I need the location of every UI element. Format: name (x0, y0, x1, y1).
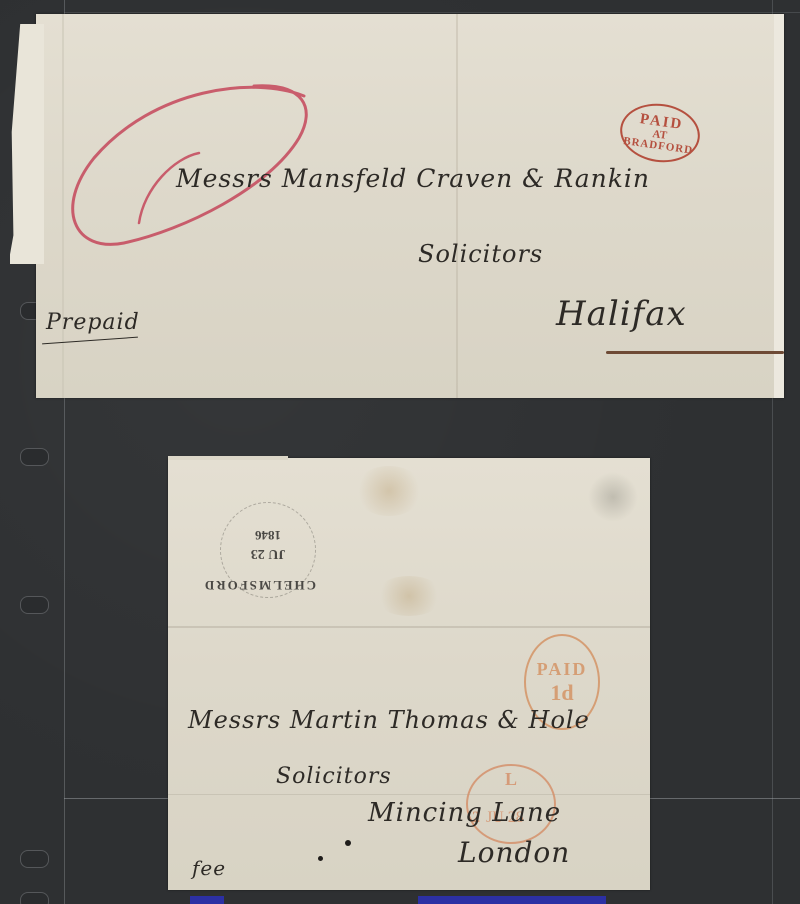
faint-postmark-back (588, 472, 638, 522)
fold-line (456, 14, 458, 398)
address-line-addressee: Messrs Mansfeld Craven & Rankin (176, 164, 650, 193)
paid-at-bradford-postmark: PAID AT BRADFORD (616, 99, 703, 168)
annotation-underline (42, 337, 138, 345)
address-line-street: Mincing Lane (368, 798, 561, 828)
fold-line (168, 626, 650, 628)
chelmsford-cds-postmark: CHELMSFORD JU 23 1846 (220, 502, 316, 598)
prepaid-annotation: Prepaid (46, 310, 140, 335)
cover-chelmsford: CHELMSFORD JU 23 1846 PAID 1d L 2 JU 28 … (168, 458, 650, 890)
ink-dot (318, 856, 323, 861)
address-line-town: London (458, 836, 570, 869)
address-line-profession: Solicitors (418, 240, 543, 268)
address-line-profession: Solicitors (276, 764, 392, 789)
binder-hole (20, 892, 49, 904)
ink-dot (345, 840, 351, 846)
postmark-rate: 1d (550, 682, 573, 704)
address-underline (606, 351, 784, 354)
postmark-letter: L (466, 770, 556, 788)
binder-hole (20, 448, 49, 466)
fee-annotation: fee (192, 856, 226, 880)
stock-strip-top-edge (64, 12, 800, 13)
binder-hole (20, 596, 49, 614)
cds-year: 1846 (220, 529, 316, 542)
address-line-addressee: Messrs Martin Thomas & Hole (188, 706, 590, 734)
cover-tab (168, 456, 288, 460)
cover-edge (774, 14, 784, 398)
cds-date: JU 23 (220, 546, 316, 560)
fold-line (168, 794, 650, 795)
blue-marker-tab (418, 896, 606, 904)
postmark-text: PAID (537, 660, 588, 678)
stain (374, 576, 444, 616)
address-line-town: Halifax (556, 294, 687, 334)
stain (354, 466, 424, 516)
cover-bradford: PAID AT BRADFORD Messrs Mansfeld Craven … (36, 14, 784, 398)
blue-marker-tab (190, 896, 224, 904)
cds-town: CHELMSFORD (220, 579, 316, 592)
binder-hole (20, 850, 49, 868)
